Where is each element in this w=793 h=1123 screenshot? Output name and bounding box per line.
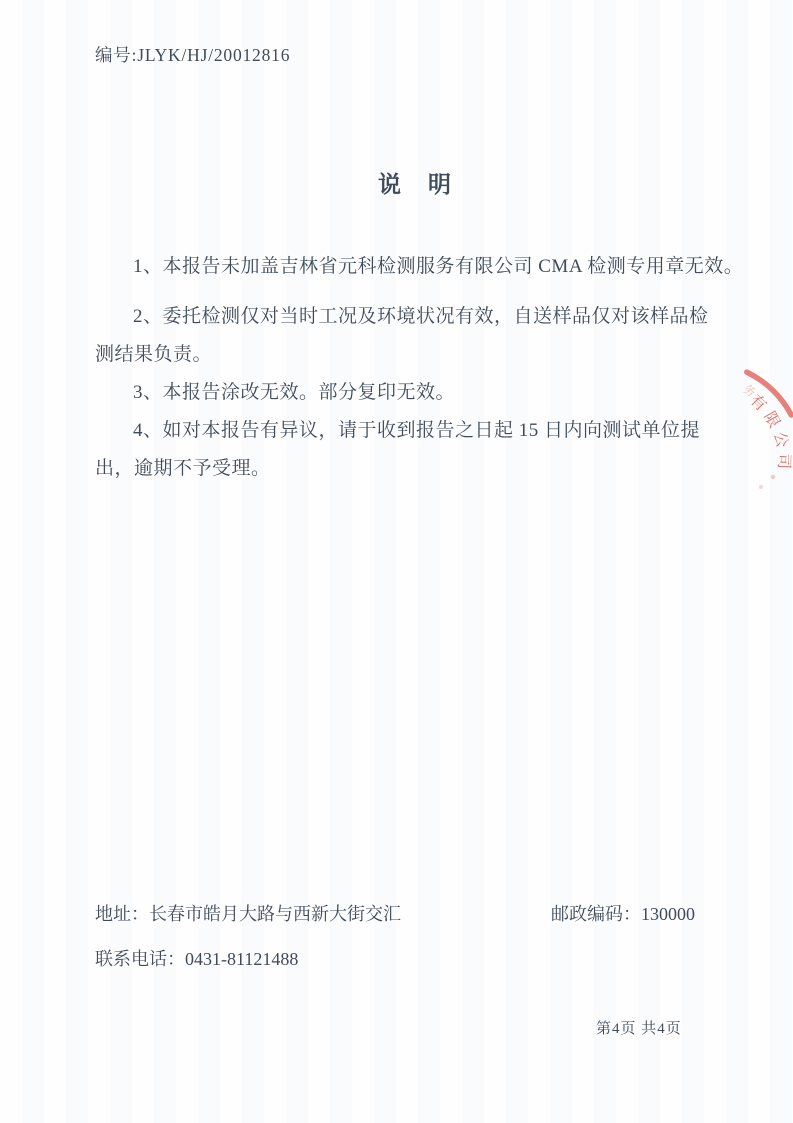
note-line: 1、本报告未加盖吉林省元科检测服务有限公司 CMA 检测专用章无效。: [95, 248, 731, 286]
note-line: 测结果负责。: [95, 336, 731, 374]
phone-text: 联系电话：0431-81121488: [95, 949, 298, 969]
note-line: 出，逾期不予受理。: [95, 450, 731, 488]
note-line: 3、本报告涂改无效。部分复印无效。: [95, 374, 731, 412]
notes-section: 1、本报告未加盖吉林省元科检测服务有限公司 CMA 检测专用章无效。 2、委托检…: [95, 248, 731, 488]
note-line: 2、委托检测仅对当时工况及环境状况有效，自送样品仅对该样品检: [95, 298, 731, 336]
company-seal-stamp: 有限公司 务: [650, 340, 793, 530]
postal-code-text: 邮政编码：130000: [551, 900, 695, 928]
address-text: 地址：长春市皓月大路与西新大街交汇: [95, 900, 401, 928]
stamp-faint-mark: [759, 485, 763, 489]
stamp-faint-mark: [771, 475, 775, 479]
note-line: 4、如对本报告有异议，请于收到报告之日起 15 日内向测试单位提: [95, 412, 731, 450]
report-page: 编号:JLYK/HJ/20012816 说 明 1、本报告未加盖吉林省元科检测服…: [0, 0, 793, 1123]
page-number-footer: 第4页 共4页: [596, 1018, 682, 1040]
page-title: 说 明: [0, 166, 793, 199]
contact-section: 地址：长春市皓月大路与西新大街交汇 邮政编码：130000 联系电话：0431-…: [95, 900, 695, 973]
document-number: 编号:JLYK/HJ/20012816: [95, 42, 290, 67]
